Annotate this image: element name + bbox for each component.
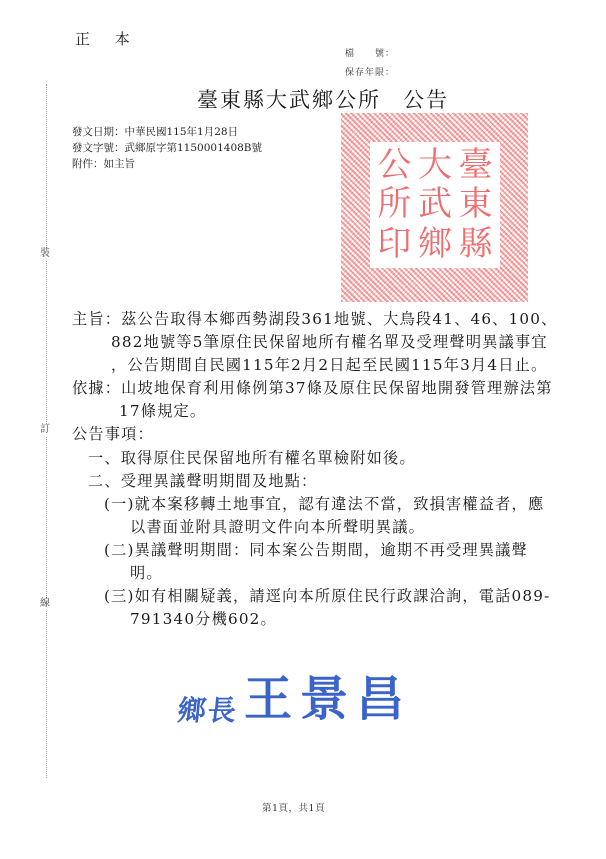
seal-char: 鄉 xyxy=(415,225,456,264)
subject-line-2: 882地號等5筆原住民保留地所有權名單及受理聲明異議事宜 xyxy=(111,331,548,352)
seal-char: 大 xyxy=(415,146,456,185)
sub-item-2-line-1: (二)異議聲明期間：同本案公告期間，逾期不再受理異議聲 xyxy=(104,539,528,560)
file-number-label: 檔 號： xyxy=(345,46,395,59)
seal-char: 縣 xyxy=(455,225,496,264)
issue-date: 發文日期：中華民國115年1月28日 xyxy=(72,124,238,139)
sub-item-1-line-2: 以書面並附具證明文件向本所聲明異議。 xyxy=(130,516,425,537)
seal-inner-field: 臺 東 縣 大 武 鄉 公 所 印 xyxy=(370,142,500,268)
subject-line-3: ，公告期間自民國115年2月2日起至民國115年3月4日止。 xyxy=(111,354,547,375)
item-1: 一、取得原住民保留地所有權名單檢附如後。 xyxy=(88,447,416,468)
attachment-note: 附件：如主旨 xyxy=(72,156,135,171)
seal-char: 東 xyxy=(455,185,496,224)
seal-char: 臺 xyxy=(455,146,496,185)
basis-line-1: 依據：山坡地保育利用條例第37條及原住民保留地開發管理辦法第 xyxy=(72,377,553,398)
seal-characters: 臺 東 縣 大 武 鄉 公 所 印 xyxy=(374,146,496,264)
issue-number: 發文字號：武鄉原字第1150001408B號 xyxy=(72,140,262,155)
agency-name: 臺東縣大武鄉公所 xyxy=(197,88,381,112)
seal-char: 公 xyxy=(374,146,415,185)
signature-title: 鄉長 xyxy=(176,689,240,729)
sub-item-3-line-2: 791340分機602。 xyxy=(130,608,277,629)
official-seal: 臺 東 縣 大 武 鄉 公 所 印 xyxy=(341,113,528,302)
sub-item-2-line-2: 明。 xyxy=(130,562,163,583)
page-title: 臺東縣大武鄉公所公告 xyxy=(197,84,449,114)
binding-char-zhuang: 裝 xyxy=(40,248,50,260)
seal-char: 印 xyxy=(374,225,415,264)
sub-item-3-line-1: (三)如有相關疑義，請逕向本所原住民行政課洽詢，電話089- xyxy=(104,585,550,606)
binding-char-xian: 線 xyxy=(40,598,50,610)
mayor-signature-stamp: 鄉長王景昌 xyxy=(178,660,412,729)
basis-line-2: 17條規定。 xyxy=(119,400,206,421)
announcement-items-heading: 公告事項： xyxy=(72,423,154,444)
document-type: 公告 xyxy=(403,88,449,112)
seal-char: 武 xyxy=(415,185,456,224)
copy-mark: 正 本 xyxy=(75,28,140,49)
retention-period-label: 保存年限： xyxy=(345,65,395,78)
page-number: 第1頁，共1頁 xyxy=(262,800,325,814)
signature-name: 王景昌 xyxy=(244,660,412,729)
item-2: 二、受理異議聲明期間及地點： xyxy=(88,470,317,491)
seal-char: 所 xyxy=(374,185,415,224)
sub-item-1-line-1: (一)就本案移轉土地事宜，認有違法不當，致損害權益者，應 xyxy=(104,493,544,514)
subject-line-1: 主旨：茲公告取得本鄉西勢湖段361地號、大鳥段41、46、100、 xyxy=(72,308,558,329)
binding-char-ding: 訂 xyxy=(40,424,50,436)
